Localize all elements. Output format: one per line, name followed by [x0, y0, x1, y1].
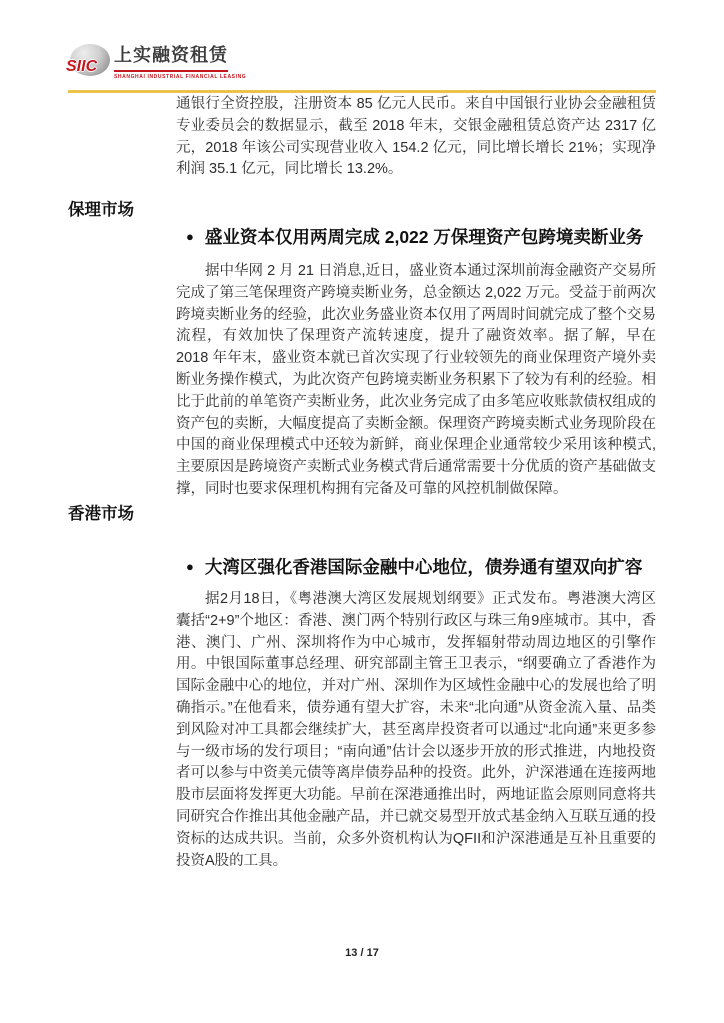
news-body-paragraph: 据中华网 2 月 21 日消息,近日，盛业资本通过深圳前海金融资产交易所完成了第…: [176, 261, 656, 501]
section-heading-hongkong-market: 香港市场: [68, 500, 134, 524]
news-headline-row: ● 大湾区强化香港国际金融中心地位，债券通有望双向扩容: [186, 554, 658, 579]
intro-paragraph: 通银行全资控股，注册资本 85 亿元人民币。来自中国银行业协会金融租赁专业委员会…: [176, 94, 656, 181]
news-headline-row: ● 盛业资本仅用两周完成 2,022 万保理资产包跨境卖断业务: [186, 224, 658, 249]
bullet-icon: ●: [186, 560, 194, 573]
news-headline: 大湾区强化香港国际金融中心地位，债券通有望双向扩容: [205, 554, 643, 579]
siic-globe-icon: SIIC: [66, 44, 110, 78]
page-number: 13 / 17: [0, 947, 724, 959]
brand-name-english: SHANGHAI INDUSTRIAL FINANCIAL LEASING: [114, 74, 246, 80]
brand-name-chinese: 上实融资租赁: [114, 41, 228, 72]
brand-block: 上实融资租赁 SHANGHAI INDUSTRIAL FINANCIAL LEA…: [114, 41, 246, 80]
siic-logo-text: SIIC: [66, 58, 97, 76]
news-body-paragraph: 据2月18日，《粤港澳大湾区发展规划纲要》正式发布。粤港澳大湾区囊括“2+9”个…: [176, 589, 656, 872]
news-headline: 盛业资本仅用两周完成 2,022 万保理资产包跨境卖断业务: [205, 224, 644, 249]
bullet-icon: ●: [186, 230, 194, 243]
section-heading-factoring-market: 保理市场: [68, 196, 134, 220]
header-divider: [68, 90, 656, 93]
document-page: SIIC 上实融资租赁 SHANGHAI INDUSTRIAL FINANCIA…: [0, 0, 724, 1023]
